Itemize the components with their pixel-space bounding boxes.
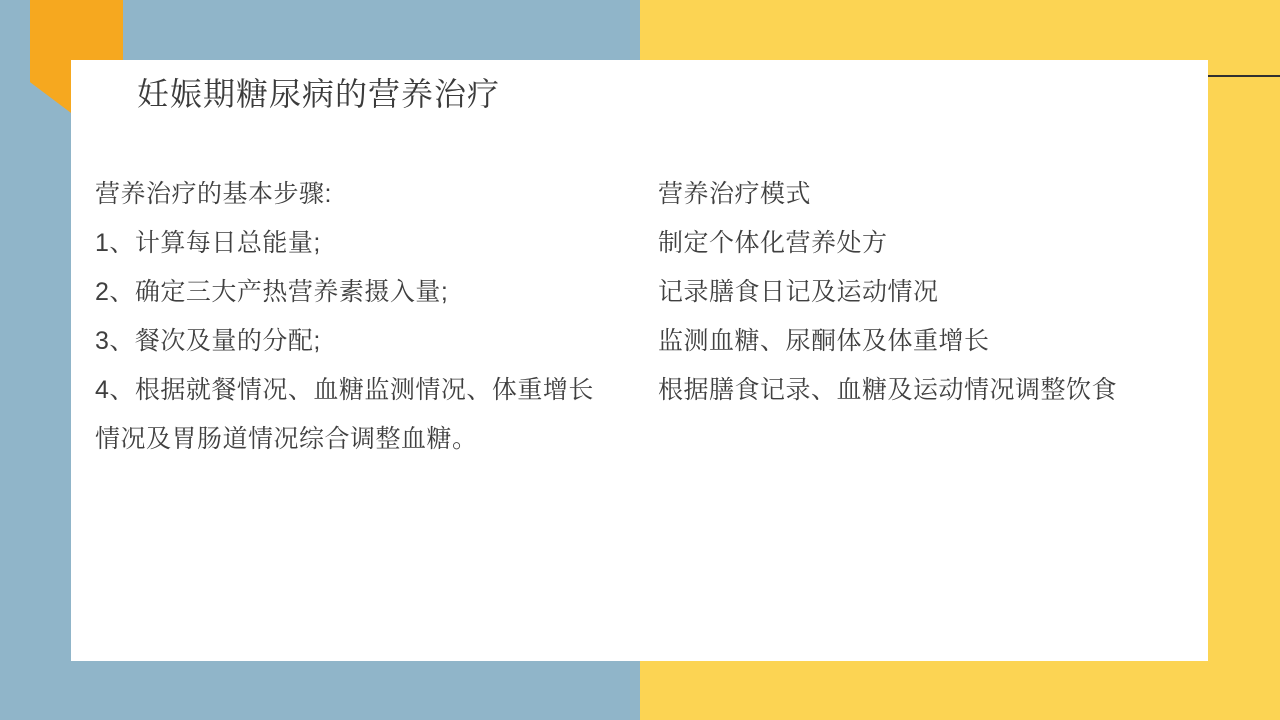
right-list-item-4: 根据膳食记录、血糖及运动情况调整饮食 [658,366,1180,415]
left-list-item-3: 3、餐次及量的分配; [95,317,617,366]
right-list-item-1: 制定个体化营养处方 [658,219,1180,268]
right-column-heading: 营养治疗模式 [658,170,1180,219]
right-list-item-3: 监测血糖、尿酮体及体重增长 [658,317,1180,366]
left-list-item-1: 1、计算每日总能量; [95,219,617,268]
content-card: 妊娠期糖尿病的营养治疗 营养治疗的基本步骤: 1、计算每日总能量; 2、确定三大… [71,60,1208,661]
slide-title: 妊娠期糖尿病的营养治疗 [137,72,500,116]
right-list-item-2: 记录膳食日记及运动情况 [658,268,1180,317]
left-column-heading: 营养治疗的基本步骤: [95,170,617,219]
left-column: 营养治疗的基本步骤: 1、计算每日总能量; 2、确定三大产热营养素摄入量; 3、… [95,170,617,464]
left-list-item-4: 4、根据就餐情况、血糖监测情况、体重增长情况及胃肠道情况综合调整血糖。 [95,366,617,464]
slide-canvas: 妊娠期糖尿病的营养治疗 营养治疗的基本步骤: 1、计算每日总能量; 2、确定三大… [0,0,1280,720]
right-column: 营养治疗模式 制定个体化营养处方 记录膳食日记及运动情况 监测血糖、尿酮体及体重… [658,170,1180,415]
left-list-item-2: 2、确定三大产热营养素摄入量; [95,268,617,317]
decorative-line [1208,75,1280,77]
